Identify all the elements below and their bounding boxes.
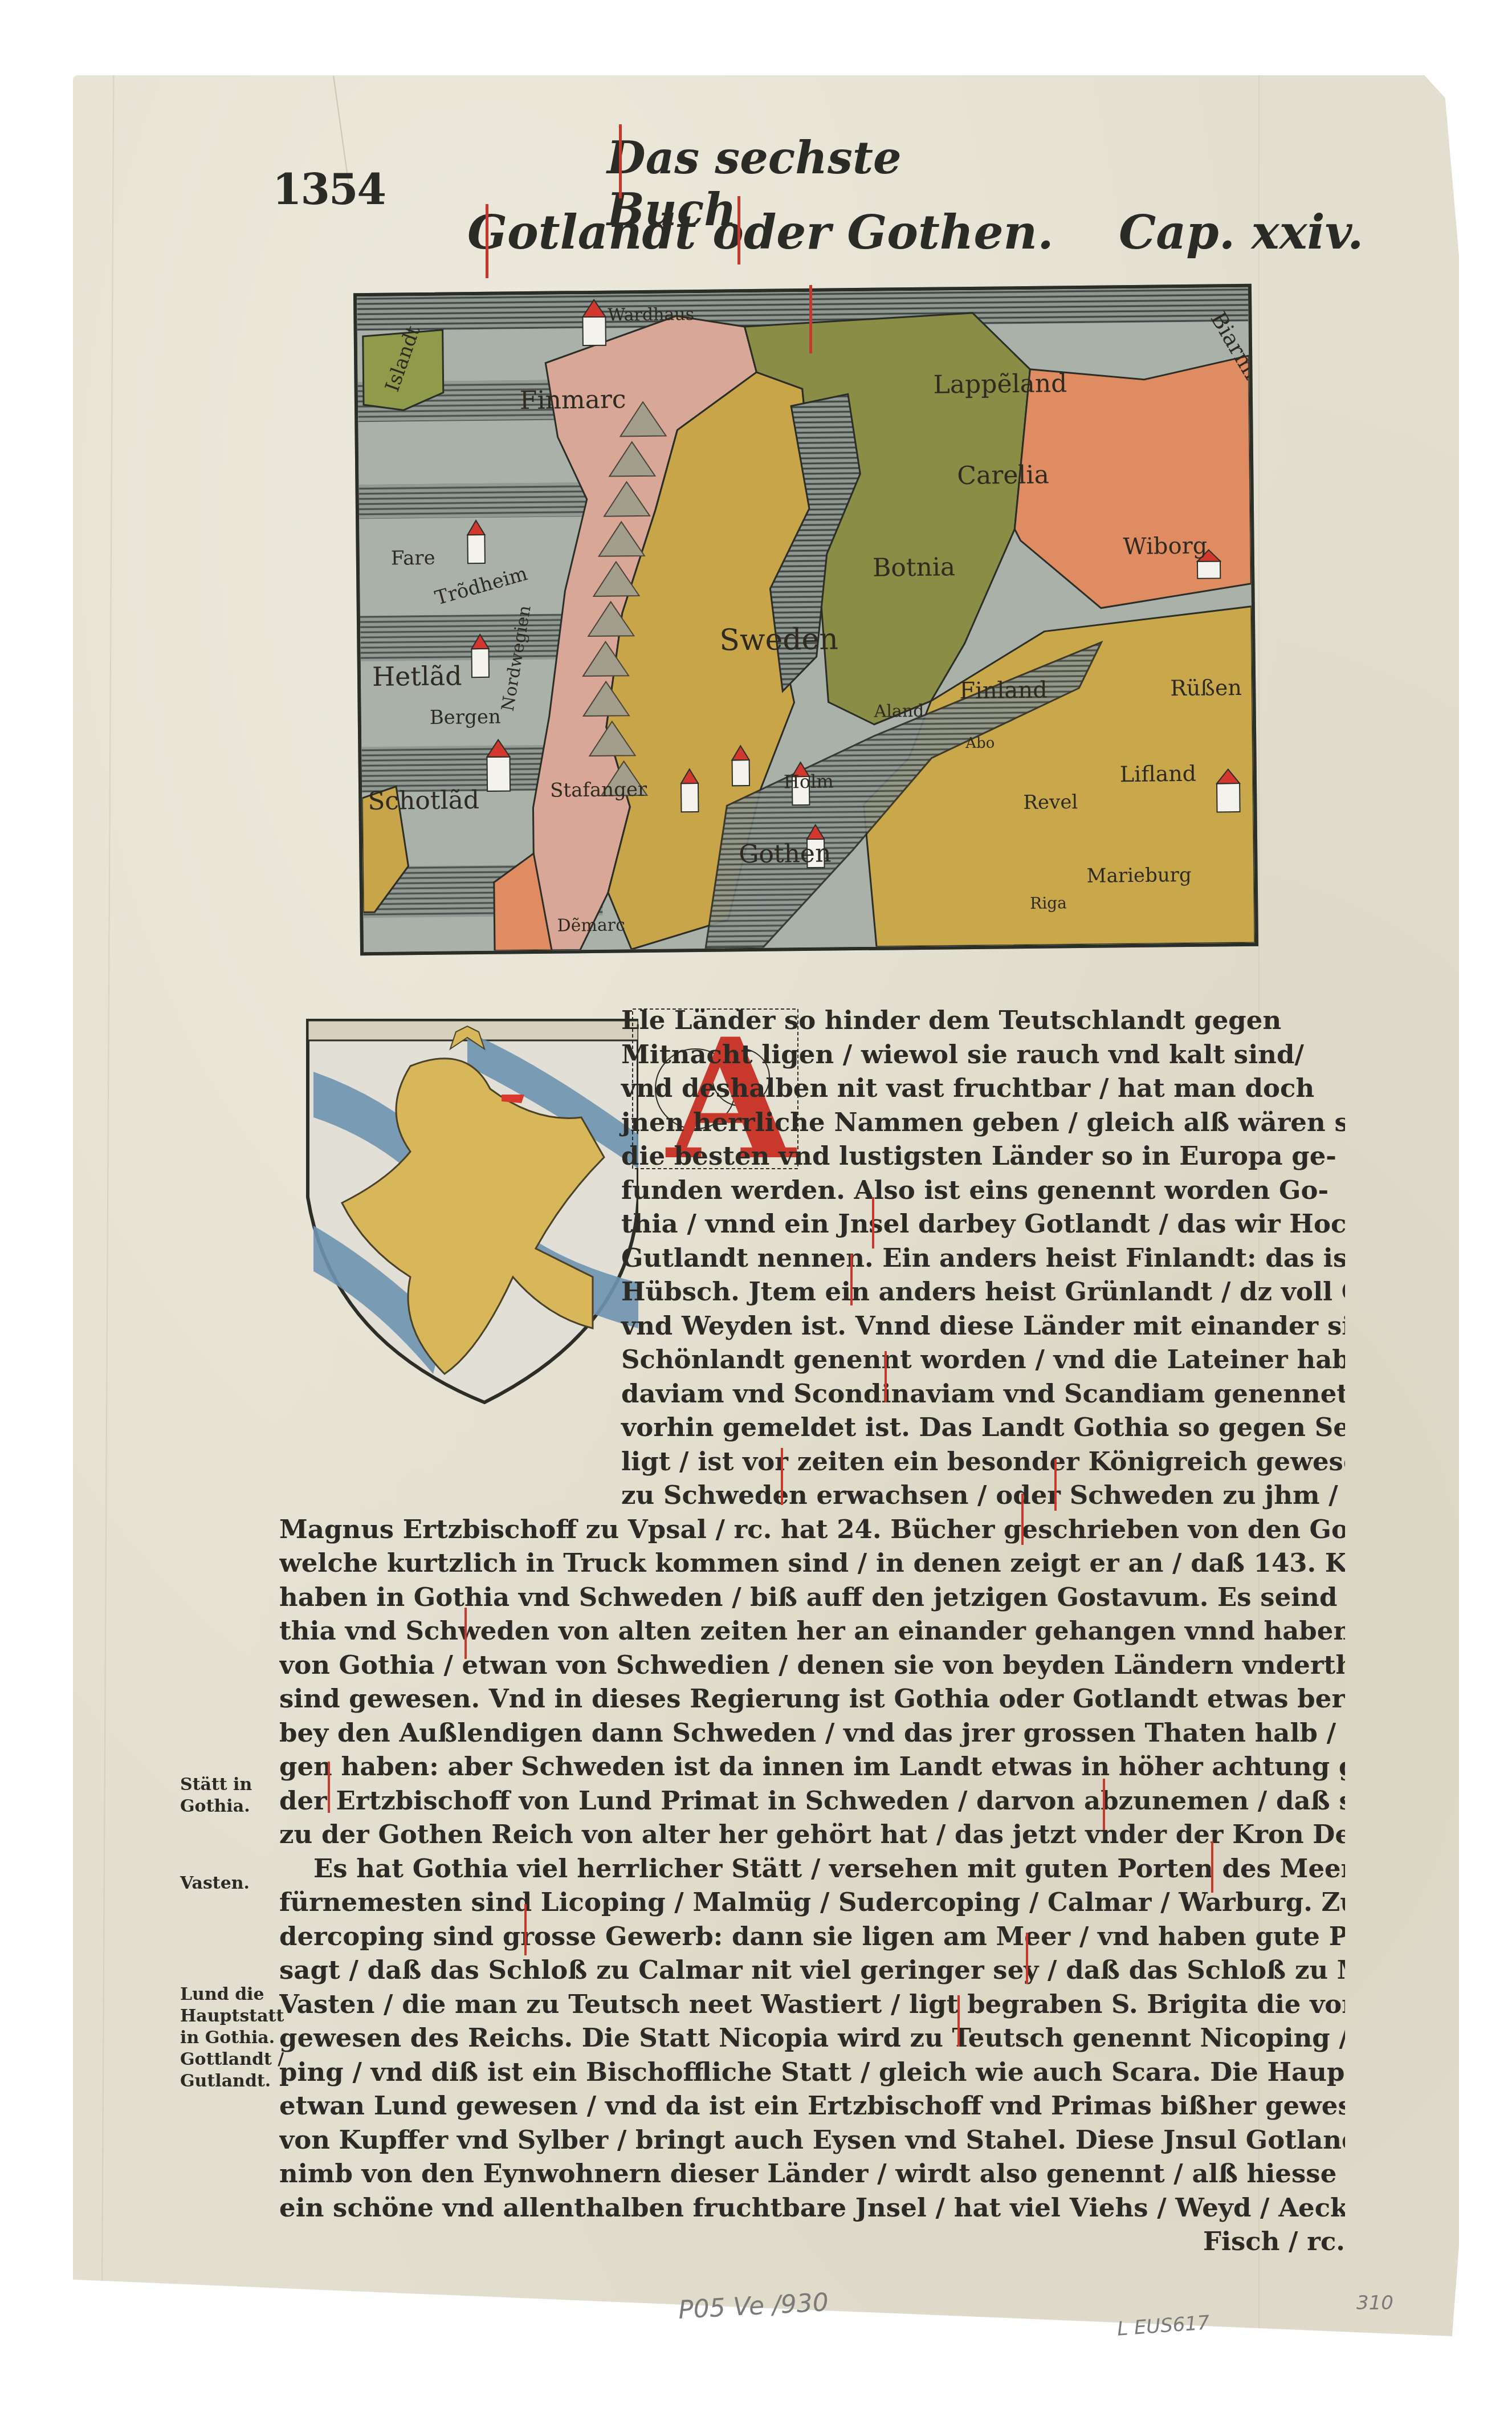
text-line: thia / vnnd ein Jnsel darbey Gotlandt / … — [279, 1207, 1345, 1241]
text-line: gen haben: aber Schweden ist da innen im… — [279, 1750, 1345, 1784]
map-label-liffland: Lifland — [1120, 761, 1197, 787]
rubric-stroke — [957, 1995, 960, 2047]
map-label-denmarc: Dẽmarc — [557, 915, 625, 936]
rubric-stroke — [809, 285, 812, 353]
text-line: Vasten / die man zu Teutsch neet Wastier… — [279, 1987, 1345, 2022]
map-label-russen: Rüßen — [1170, 675, 1242, 701]
rubric-stroke — [619, 124, 622, 198]
text-line: der Ertzbischoff von Lund Primat in Schw… — [279, 1784, 1345, 1818]
text-line: zu Schweden erwachsen / oder Schweden zu… — [279, 1478, 1345, 1512]
rubric-stroke — [1103, 1779, 1105, 1830]
map-label-finmarc: Finmarc — [520, 385, 626, 415]
text-line: Lle Länder so hinder dem Teutschlandt ge… — [279, 1003, 1345, 1038]
margin-note-line: Gothia. — [180, 1796, 252, 1817]
chapter-title: Gotlandt oder Gothen. — [467, 205, 1054, 260]
page-number: 1354 — [272, 165, 385, 214]
text-line: dercoping sind grosse Gewerb: dann sie l… — [279, 1919, 1345, 1954]
map-label-abo: Abo — [965, 735, 995, 753]
text-line: ligt / ist vor zeiten ein besonder König… — [279, 1445, 1345, 1479]
rubric-stroke — [1211, 1841, 1213, 1893]
text-line: Gutlandt nennen. Ein anders heist Finlan… — [279, 1241, 1345, 1275]
text-line: zu der Gothen Reich von alter her gehört… — [279, 1817, 1345, 1852]
text-line: ein schöne vnd allenthalben fruchtbare J… — [279, 2191, 1345, 2225]
map-label-sweden: Sweden — [719, 622, 838, 657]
margin-note-line: Gutlandt. — [180, 2071, 284, 2092]
chapter-number: Cap. xxiv. — [1119, 205, 1364, 260]
text-line: fürnemesten sind Licoping / Malmüg / Sud… — [279, 1885, 1345, 1919]
rubric-stroke — [872, 1197, 874, 1248]
text-line: von Kupffer vnd Sylber / bringt auch Eys… — [279, 2123, 1345, 2157]
pencil-sheet-number: 310 — [1356, 2292, 1393, 2315]
text-line: vnd deshalben nit vast fruchtbar / hat m… — [279, 1071, 1345, 1105]
map-woodcut-scandinavia: Islandt Wardhaus Finmarc Lappẽland Biarm… — [353, 284, 1258, 955]
text-line: nimb von den Eynwohnern dieser Länder / … — [279, 2157, 1345, 2191]
text-line: sagt / daß das Schloß zu Calmar nit viel… — [279, 1953, 1345, 1987]
text-line: funden werden. Also ist eins genennt wor… — [279, 1173, 1345, 1207]
margin-note-line: Gottlandt / — [180, 2049, 284, 2071]
rubric-stroke — [1021, 1494, 1024, 1545]
map-label-bergen: Bergen — [430, 706, 502, 729]
text-line: vorhin gemeldet ist. Das Landt Gothia so… — [279, 1410, 1345, 1445]
text-line: die besten vnd lustigsten Länder so in E… — [279, 1139, 1345, 1173]
text-line: Magnus Ertzbischoff zu Vpsal / rc. hat 2… — [279, 1512, 1345, 1547]
map-label-aland: Aland — [874, 701, 924, 722]
map-label-wiborg: Wiborg — [1123, 533, 1207, 560]
map-label-fare: Fare — [391, 547, 435, 570]
text-line: haben in Gothia vnd Schweden / biß auff … — [279, 1580, 1345, 1614]
text-line: gewesen des Reichs. Die Statt Nicopia wi… — [279, 2021, 1345, 2055]
text-line: thia vnd Schweden von alten zeiten her a… — [279, 1614, 1345, 1648]
rubric-stroke — [464, 1608, 467, 1659]
map-label-revel: Revel — [1023, 791, 1078, 814]
text-line: jnen herrliche Nammen geben / gleich alß… — [279, 1105, 1345, 1140]
paper-crease — [101, 75, 115, 2336]
map-label-lappland: Lappẽland — [933, 369, 1067, 399]
text-line: daviam vnd Scondinaviam vnd Scandiam gen… — [279, 1377, 1345, 1411]
rubric-stroke — [1054, 1459, 1057, 1511]
map-label-hetlad: Hetlãd — [372, 660, 462, 692]
text-line: bey den Außlendigen dann Schweden / vnd … — [279, 1716, 1345, 1750]
margin-note-line: Stätt in — [180, 1774, 252, 1796]
map-label-stafanger: Stafanger — [550, 778, 647, 802]
rubric-stroke — [781, 1448, 783, 1505]
rubric-stroke — [328, 1762, 330, 1813]
body-text: Lle Länder so hinder dem Teutschlandt ge… — [279, 1003, 1345, 2259]
rubric-stroke — [737, 196, 740, 265]
rubric-stroke — [1026, 1933, 1028, 1984]
map-label-gothen: Gothen — [739, 839, 832, 869]
map-label-wardhaus: Wardhaus — [608, 304, 694, 326]
text-line: Es hat Gothia viel herrlicher Stätt / ve… — [279, 1852, 1345, 1886]
text-line: etwan Lund gewesen / vnd da ist ein Ertz… — [279, 2089, 1345, 2123]
margin-note-vasten: Vasten. — [180, 1873, 250, 1894]
text-line: ping / vnd diß ist ein Bischoffliche Sta… — [279, 2055, 1345, 2089]
text-line: Mitnacht ligen / wiewol sie rauch vnd ka… — [279, 1038, 1345, 1072]
map-label-schotlad: Schotlãd — [368, 786, 479, 816]
margin-note-staett-in-gothia: Stätt in Gothia. — [180, 1774, 252, 1817]
margin-note-line: Lund die — [180, 1984, 284, 2006]
rubric-stroke — [524, 1904, 527, 1955]
map-label-marieburg: Marieburg — [1087, 864, 1192, 888]
margin-note-line: in Gothia. — [180, 2027, 284, 2049]
margin-note-lund-gottlandt: Lund die Hauptstatt in Gothia. Gottlandt… — [180, 1984, 284, 2092]
text-line: Schönlandt genennt worden / vnd die Late… — [279, 1343, 1345, 1377]
map-label-riga: Riga — [1030, 893, 1067, 913]
margin-note-line: Vasten. — [180, 1873, 250, 1894]
text-line: von Gothia / etwan von Schwedien / denen… — [279, 1648, 1345, 1682]
text-line: sind gewesen. Vnd in dieses Regierung is… — [279, 1682, 1345, 1716]
rubric-stroke — [885, 1351, 887, 1402]
chapter-heading: Gotlandt oder Gothen. Cap. xxiv. — [467, 205, 1208, 260]
map-label-holm: Holm — [784, 771, 834, 793]
map-label-finland: Finland — [959, 677, 1048, 705]
text-line: welche kurtzlich in Truck kommen sind / … — [279, 1546, 1345, 1580]
text-line: Hübsch. Jtem ein anders heist Grünlandt … — [279, 1275, 1345, 1309]
margin-note-line: Hauptstatt — [180, 2006, 284, 2027]
text-line: Fisch / rc. — [279, 2224, 1345, 2259]
rubric-stroke — [850, 1254, 853, 1305]
rubric-stroke — [486, 204, 488, 278]
map-label-carelia: Carelia — [957, 461, 1049, 491]
text-line: vnd Weyden ist. Vnnd diese Länder mit ei… — [279, 1309, 1345, 1343]
map-label-botnia: Botnia — [873, 552, 956, 583]
